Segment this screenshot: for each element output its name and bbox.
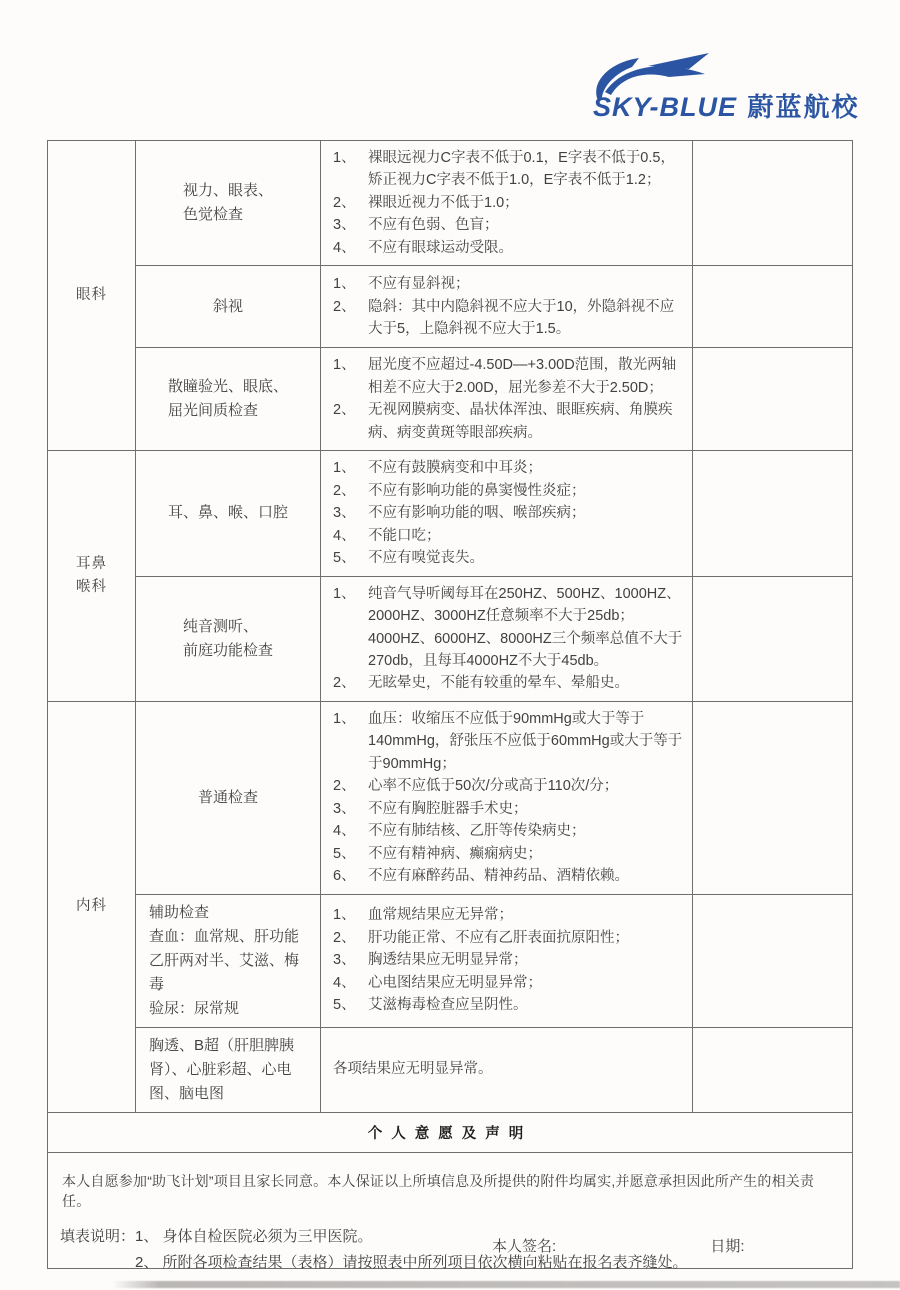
item-number: 1、 — [333, 904, 368, 926]
item-number: 4、 — [333, 820, 368, 842]
table-row: 纯音测听、 前庭功能检查 1、纯音气导听阈每耳在250HZ、500HZ、1000… — [48, 576, 853, 701]
item-number: 6、 — [333, 865, 368, 887]
result-cell — [693, 266, 853, 348]
table-row: 个人意愿及声明 — [48, 1112, 853, 1152]
requirements-imaging: 各项结果应无明显异常。 — [321, 1027, 693, 1112]
item-text: 不应有嗅觉丧失。 — [368, 547, 684, 569]
requirement-item: 1、裸眼远视力C字表不低于0.1，E字表不低于0.5，矫正视力C字表不低于1.0… — [333, 147, 684, 192]
requirement-item: 4、不应有肺结核、乙肝等传染病史； — [333, 820, 684, 842]
requirement-item: 1、不应有显斜视； — [333, 273, 684, 295]
item-number: 4、 — [333, 237, 368, 259]
category-internal-medicine: 内科 — [48, 701, 136, 1112]
scan-artifact — [112, 1281, 900, 1288]
instruction-item: 1、 身体自检医院必须为三甲医院。 — [135, 1224, 688, 1250]
item-text: 裸眼远视力C字表不低于0.1，E字表不低于0.5，矫正视力C字表不低于1.0，E… — [368, 147, 684, 192]
item-text: 裸眼近视力不低于1.0； — [368, 192, 684, 214]
item-number: 1、 — [333, 457, 368, 479]
result-cell — [693, 1027, 853, 1112]
requirements-vision: 1、裸眼远视力C字表不低于0.1，E字表不低于0.5，矫正视力C字表不低于1.0… — [321, 141, 693, 266]
requirement-item: 5、不应有精神病、癫痫病史； — [333, 843, 684, 865]
category-ent: 耳鼻 喉科 — [48, 451, 136, 702]
exam-name-mydriasis: 散瞳验光、眼底、 屈光间质检查 — [136, 348, 321, 451]
item-number — [333, 628, 368, 673]
requirement-item: 5、不应有嗅觉丧失。 — [333, 547, 684, 569]
item-text: 无视网膜病变、晶状体浑浊、眼眶疾病、角膜疾病、病变黄斑等眼部疾病。 — [368, 399, 684, 444]
logo-text: SKY-BLUE 蔚蓝航校 — [593, 87, 859, 124]
instructions-label: 填表说明： — [60, 1224, 135, 1277]
item-number: 3、 — [333, 214, 368, 236]
requirement-item: 3、不应有胸腔脏器手术史； — [333, 798, 684, 820]
item-number: 1、 — [333, 273, 368, 295]
requirements-auxiliary: 1、血常规结果应无异常；2、肝功能正常、不应有乙肝表面抗原阳性；3、胸透结果应无… — [321, 894, 693, 1027]
requirement-item: 2、不应有影响功能的鼻窦慢性炎症； — [333, 480, 684, 502]
requirements-strabismus: 1、不应有显斜视；2、隐斜：其中内隐斜视不应大于10，外隐斜视不应大于5，上隐斜… — [321, 266, 693, 348]
item-number: 2、 — [333, 399, 368, 444]
exam-name-general: 普通检查 — [136, 701, 321, 894]
requirement-text: 各项结果应无明显异常。 — [333, 1058, 684, 1080]
item-number: 5、 — [333, 547, 368, 569]
result-cell — [693, 701, 853, 894]
item-text: 无眩晕史，不能有较重的晕车、晕船史。 — [368, 672, 684, 694]
form-instructions: 填表说明： 1、 身体自检医院必须为三甲医院。 2、 所附各项检查结果（表格）请… — [60, 1224, 688, 1277]
item-number: 2、 — [333, 775, 368, 797]
skyblue-logo: SKY-BLUE 蔚蓝航校 — [585, 52, 875, 124]
requirement-item: 3、胸透结果应无明显异常； — [333, 949, 684, 971]
item-number: 4、 — [333, 525, 368, 547]
item-number: 1、 — [333, 583, 368, 628]
item-text: 不应有色弱、色盲； — [368, 214, 684, 236]
result-cell — [693, 894, 853, 1027]
exam-name-audiometry: 纯音测听、 前庭功能检查 — [136, 576, 321, 701]
requirement-item: 2、隐斜：其中内隐斜视不应大于10，外隐斜视不应大于5，上隐斜视不应大于1.5。 — [333, 296, 684, 341]
item-text: 不应有影响功能的咽、喉部疾病； — [368, 502, 684, 524]
requirement-item: 1、纯音气导听阈每耳在250HZ、500HZ、1000HZ、2000HZ、300… — [333, 583, 684, 628]
item-text: 不能口吃； — [368, 525, 684, 547]
requirements-ent-organs: 1、不应有鼓膜病变和中耳炎；2、不应有影响功能的鼻窦慢性炎症；3、不应有影响功能… — [321, 451, 693, 576]
result-cell — [693, 348, 853, 451]
result-cell — [693, 576, 853, 701]
form-page: SKY-BLUE 蔚蓝航校 眼科 视力、眼表、 色觉检查 1、裸眼远视力C字表不… — [0, 0, 900, 1290]
date-label: 日期: — [710, 1238, 744, 1255]
table-row: 辅助检查 查血：血常规、肝功能乙肝两对半、艾滋、梅毒 验尿：尿常规 1、血常规结… — [48, 894, 853, 1027]
item-number: 3、 — [333, 798, 368, 820]
table-row: 胸透、B超（肝胆脾胰肾）、心脏彩超、心电图、脑电图 各项结果应无明显异常。 — [48, 1027, 853, 1112]
item-number: 4、 — [333, 972, 368, 994]
requirement-item: 2、无视网膜病变、晶状体浑浊、眼眶疾病、角膜疾病、病变黄斑等眼部疾病。 — [333, 399, 684, 444]
item-number: 1、 — [333, 354, 368, 399]
item-text: 不应有麻醉药品、精神药品、酒精依赖。 — [368, 865, 684, 887]
table-row: 散瞳验光、眼底、 屈光间质检查 1、屈光度不应超过-4.50D—+3.00D范围… — [48, 348, 853, 451]
item-text: 4000HZ、6000HZ、8000HZ三个频率总值不大于270db，且每耳40… — [368, 628, 684, 673]
item-text: 不应有精神病、癫痫病史； — [368, 843, 684, 865]
requirements-audiometry: 1、纯音气导听阈每耳在250HZ、500HZ、1000HZ、2000HZ、300… — [321, 576, 693, 701]
table-row: 斜视 1、不应有显斜视；2、隐斜：其中内隐斜视不应大于10，外隐斜视不应大于5，… — [48, 266, 853, 348]
item-text: 不应有显斜视； — [368, 273, 684, 295]
requirement-item: 3、不应有影响功能的咽、喉部疾病； — [333, 502, 684, 524]
exam-name-ent-organs: 耳、鼻、喉、口腔 — [136, 451, 321, 576]
result-cell — [693, 451, 853, 576]
item-text: 不应有鼓膜病变和中耳炎； — [368, 457, 684, 479]
declaration-title: 个人意愿及声明 — [48, 1112, 853, 1152]
instructions-list: 1、 身体自检医院必须为三甲医院。 2、 所附各项检查结果（表格）请按照表中所列… — [135, 1224, 688, 1277]
table-row: 耳鼻 喉科 耳、鼻、喉、口腔 1、不应有鼓膜病变和中耳炎；2、不应有影响功能的鼻… — [48, 451, 853, 576]
requirement-item: 1、不应有鼓膜病变和中耳炎； — [333, 457, 684, 479]
item-text: 不应有眼球运动受限。 — [368, 237, 684, 259]
item-number: 2、 — [333, 927, 368, 949]
requirement-item: 6、不应有麻醉药品、精神药品、酒精依赖。 — [333, 865, 684, 887]
item-text: 血常规结果应无异常； — [368, 904, 684, 926]
item-number: 1、 — [333, 708, 368, 775]
logo-text-cn: 蔚蓝航校 — [747, 92, 859, 122]
result-cell — [693, 141, 853, 266]
item-number: 5、 — [333, 843, 368, 865]
item-number: 2、 — [333, 296, 368, 341]
requirements-general: 1、血压：收缩压不应低于90mmHg或大于等于140mmHg，舒张压不应低于60… — [321, 701, 693, 894]
item-number: 2、 — [333, 192, 368, 214]
item-text: 屈光度不应超过-4.50D—+3.00D范围，散光两轴相差不应大于2.00D，屈… — [368, 354, 684, 399]
requirement-item: 4、不能口吃； — [333, 525, 684, 547]
exam-name-imaging: 胸透、B超（肝胆脾胰肾）、心脏彩超、心电图、脑电图 — [136, 1027, 321, 1112]
item-text: 艾滋梅毒检查应呈阴性。 — [368, 994, 684, 1016]
requirement-item: 1、血常规结果应无异常； — [333, 904, 684, 926]
item-number: 2、 — [333, 480, 368, 502]
item-number: 3、 — [333, 502, 368, 524]
requirements-mydriasis: 1、屈光度不应超过-4.50D—+3.00D范围，散光两轴相差不应大于2.00D… — [321, 348, 693, 451]
item-text: 心电图结果应无明显异常； — [368, 972, 684, 994]
requirement-item: 4000HZ、6000HZ、8000HZ三个频率总值不大于270db，且每耳40… — [333, 628, 684, 673]
table-row: 眼科 视力、眼表、 色觉检查 1、裸眼远视力C字表不低于0.1，E字表不低于0.… — [48, 141, 853, 266]
item-text: 血压：收缩压不应低于90mmHg或大于等于140mmHg，舒张压不应低于60mm… — [368, 708, 684, 775]
exam-name-strabismus: 斜视 — [136, 266, 321, 348]
logo-text-en: SKY-BLUE — [593, 92, 737, 122]
item-text: 肝功能正常、不应有乙肝表面抗原阳性； — [368, 927, 684, 949]
instruction-item: 2、 所附各项检查结果（表格）请按照表中所列项目依次横向粘贴在报名表齐缝处。 — [135, 1250, 688, 1276]
item-number: 1、 — [333, 147, 368, 192]
item-text: 隐斜：其中内隐斜视不应大于10，外隐斜视不应大于5，上隐斜视不应大于1.5。 — [368, 296, 684, 341]
item-text: 不应有胸腔脏器手术史； — [368, 798, 684, 820]
item-text: 纯音气导听阈每耳在250HZ、500HZ、1000HZ、2000HZ、3000H… — [368, 583, 684, 628]
requirement-item: 3、不应有色弱、色盲； — [333, 214, 684, 236]
table-row: 内科 普通检查 1、血压：收缩压不应低于90mmHg或大于等于140mmHg，舒… — [48, 701, 853, 894]
item-text: 不应有肺结核、乙肝等传染病史； — [368, 820, 684, 842]
exam-name-vision: 视力、眼表、 色觉检查 — [136, 141, 321, 266]
item-number: 2、 — [333, 672, 368, 694]
category-ophthalmology: 眼科 — [48, 141, 136, 451]
requirement-item: 2、裸眼近视力不低于1.0； — [333, 192, 684, 214]
medical-requirements-table: 眼科 视力、眼表、 色觉检查 1、裸眼远视力C字表不低于0.1，E字表不低于0.… — [47, 140, 853, 1269]
requirement-item: 4、心电图结果应无明显异常； — [333, 972, 684, 994]
item-text: 胸透结果应无明显异常； — [368, 949, 684, 971]
requirement-item: 2、肝功能正常、不应有乙肝表面抗原阳性； — [333, 927, 684, 949]
requirement-item: 5、艾滋梅毒检查应呈阴性。 — [333, 994, 684, 1016]
requirement-item: 1、血压：收缩压不应低于90mmHg或大于等于140mmHg，舒张压不应低于60… — [333, 708, 684, 775]
requirement-item: 2、无眩晕史，不能有较重的晕车、晕船史。 — [333, 672, 684, 694]
declaration-text: 本人自愿参加“助飞计划”项目且家长同意。本人保证以上所填信息及所提供的附件均属实… — [62, 1171, 838, 1211]
item-number: 3、 — [333, 949, 368, 971]
requirement-item: 1、屈光度不应超过-4.50D—+3.00D范围，散光两轴相差不应大于2.00D… — [333, 354, 684, 399]
exam-name-auxiliary: 辅助检查 查血：血常规、肝功能乙肝两对半、艾滋、梅毒 验尿：尿常规 — [136, 894, 321, 1027]
item-number: 5、 — [333, 994, 368, 1016]
requirement-item: 2、心率不应低于50次/分或高于110次/分； — [333, 775, 684, 797]
item-text: 心率不应低于50次/分或高于110次/分； — [368, 775, 684, 797]
item-text: 不应有影响功能的鼻窦慢性炎症； — [368, 480, 684, 502]
requirement-item: 4、不应有眼球运动受限。 — [333, 237, 684, 259]
